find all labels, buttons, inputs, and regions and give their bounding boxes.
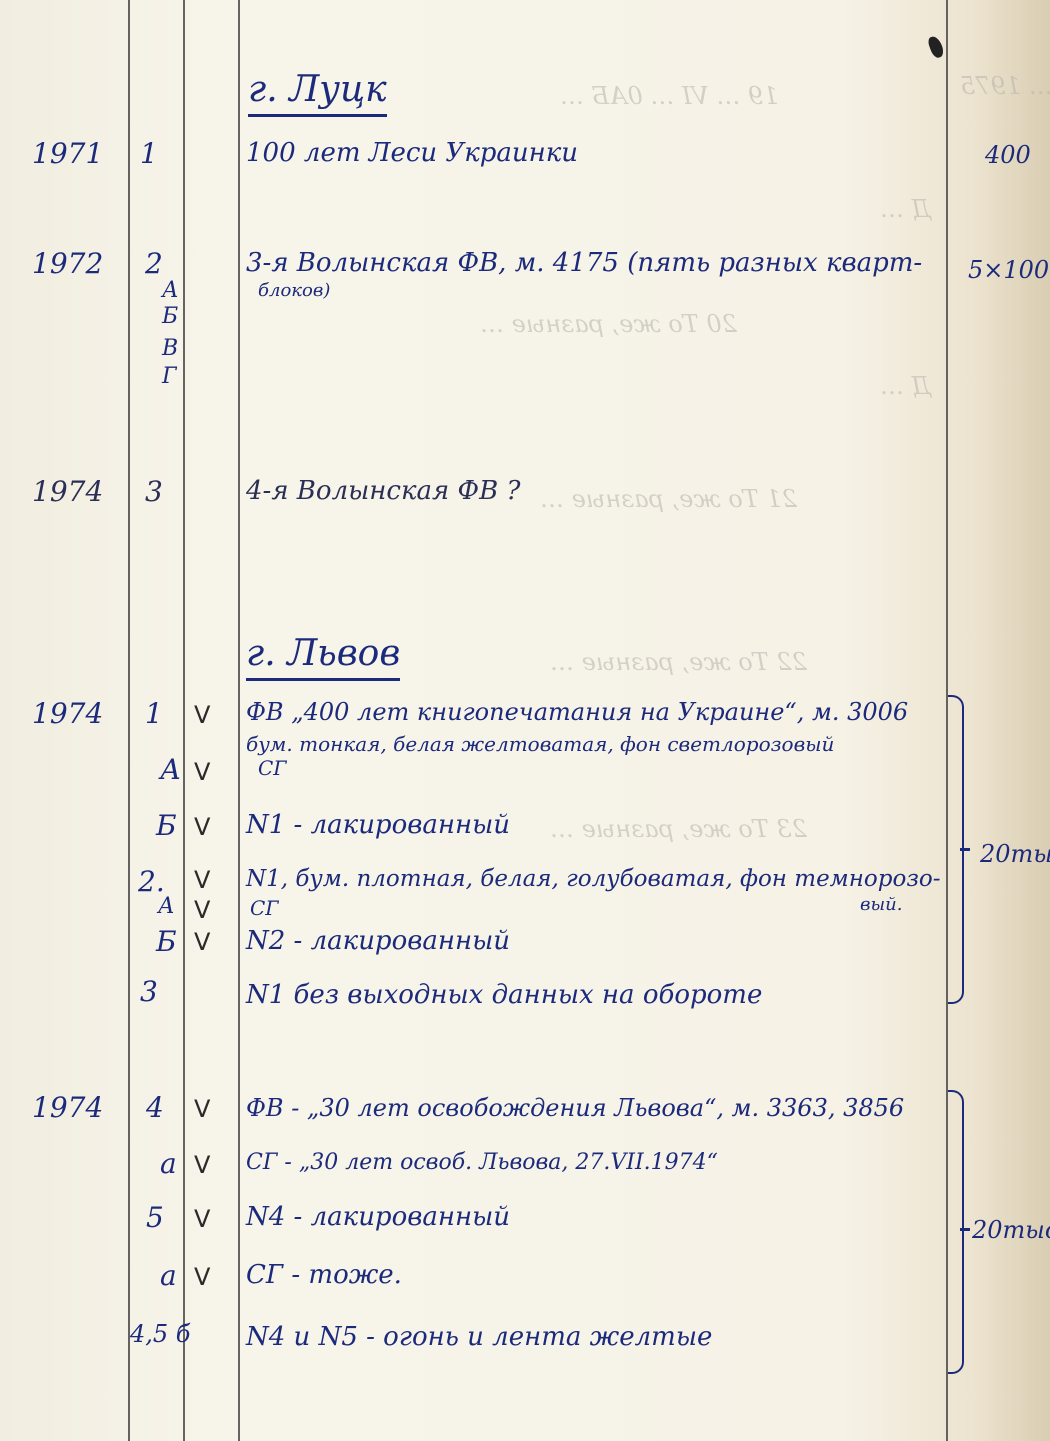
entry-year: 1971	[32, 140, 103, 168]
entry-number: 1	[140, 140, 158, 168]
entry-number: 3	[140, 978, 158, 1006]
bleed-through-text: 23 То же, разные …	[550, 815, 807, 843]
entry-number: 2	[145, 250, 163, 278]
bleed-through-text: Д …	[880, 195, 931, 223]
group-brace-tip	[960, 848, 970, 851]
entry-number: 1	[145, 700, 163, 728]
checkmark: V	[194, 1265, 210, 1289]
entry-value: 5×100	[968, 258, 1049, 282]
section-heading-lutsk: г. Луцк	[248, 72, 387, 117]
entry-value: 400	[985, 143, 1031, 167]
entry-number: 3	[145, 478, 163, 506]
checkmark: V	[194, 703, 210, 727]
checkmark: V	[194, 930, 210, 954]
bleed-through-text: Д …	[880, 372, 931, 400]
entry-number: 5	[146, 1204, 164, 1232]
entry-year: 1972	[32, 250, 103, 278]
entry-number: А	[158, 896, 175, 918]
entry-description-continued: блоков)	[258, 282, 330, 300]
bleed-through-text: 21 То же, разные …	[540, 485, 797, 513]
entry-description: 4-я Волынская ФВ ?	[246, 478, 520, 504]
entry-description: N1 без выходных данных на обороте	[246, 982, 762, 1008]
bleed-through-text: … 1975	[960, 72, 1050, 100]
entry-description: N1 - лакированный	[246, 812, 510, 838]
checkmark: V	[194, 815, 210, 839]
entry-number: а	[160, 1262, 177, 1290]
entry-description: СГ	[250, 898, 279, 918]
ledger-page: 19 … VI … 0АБ … … 1975 Д … 20 То же, раз…	[0, 0, 1050, 1441]
entry-description: N4 и N5 - огонь и лента желтые	[246, 1324, 712, 1350]
entry-number: 4	[146, 1094, 164, 1122]
entry-subletter: Б	[162, 306, 178, 328]
entry-number: 2.	[138, 868, 165, 896]
entry-description: ФВ „400 лет книгопечатания на Украине“, …	[246, 700, 908, 724]
checkmark: V	[194, 1153, 210, 1177]
entry-number: а	[160, 1150, 177, 1178]
entry-number: 4,5 б	[130, 1322, 190, 1346]
group-year: 1974	[32, 700, 103, 728]
entry-subletter: В	[162, 338, 178, 360]
entry-number: А	[160, 756, 181, 784]
entry-number: Б	[156, 928, 177, 956]
section-heading-lviv: г. Львов	[246, 636, 400, 681]
entry-description-continued: вый.	[860, 896, 902, 914]
entry-subletter: А	[162, 280, 179, 302]
ink-blot	[927, 35, 946, 60]
bleed-through-text: 20 То же, разные …	[480, 310, 737, 338]
column-rule-year	[128, 0, 130, 1441]
column-rule-number	[183, 0, 185, 1441]
entry-description-continued: бум. тонкая, белая желтоватая, фон светл…	[246, 734, 834, 754]
entry-description: 3-я Волынская ФВ, м. 4175 (пять разных к…	[246, 250, 922, 276]
group-brace-tip	[960, 1228, 970, 1231]
checkmark: V	[194, 1207, 210, 1231]
entry-description: 100 лет Леси Украинки	[246, 140, 578, 166]
group-total: 20тыс	[980, 842, 1050, 866]
entry-description: N1, бум. плотная, белая, голубоватая, фо…	[246, 868, 940, 891]
group-year: 1974	[32, 1094, 103, 1122]
checkmark: V	[194, 868, 210, 892]
group-brace	[948, 1090, 964, 1374]
entry-description: СГ - тоже.	[246, 1262, 402, 1288]
checkmark: V	[194, 898, 210, 922]
entry-description: N2 - лакированный	[246, 928, 510, 954]
bleed-through-text: 22 То же, разные …	[550, 648, 807, 676]
checkmark: V	[194, 760, 210, 784]
group-total: 20тыс	[972, 1218, 1050, 1242]
entry-year: 1974	[32, 478, 103, 506]
entry-description: ФВ - „30 лет освобождения Львова“, м. 33…	[246, 1096, 904, 1120]
entry-description: N4 - лакированный	[246, 1204, 510, 1230]
entry-description: СГ	[258, 758, 287, 778]
column-rule-check	[238, 0, 240, 1441]
checkmark: V	[194, 1097, 210, 1121]
entry-description: СГ - „30 лет освоб. Львова, 27.VII.1974“	[246, 1152, 718, 1174]
entry-subletter: Г	[162, 366, 177, 388]
bleed-through-text: 19 … VI … 0АБ …	[560, 82, 779, 110]
entry-number: Б	[156, 812, 177, 840]
